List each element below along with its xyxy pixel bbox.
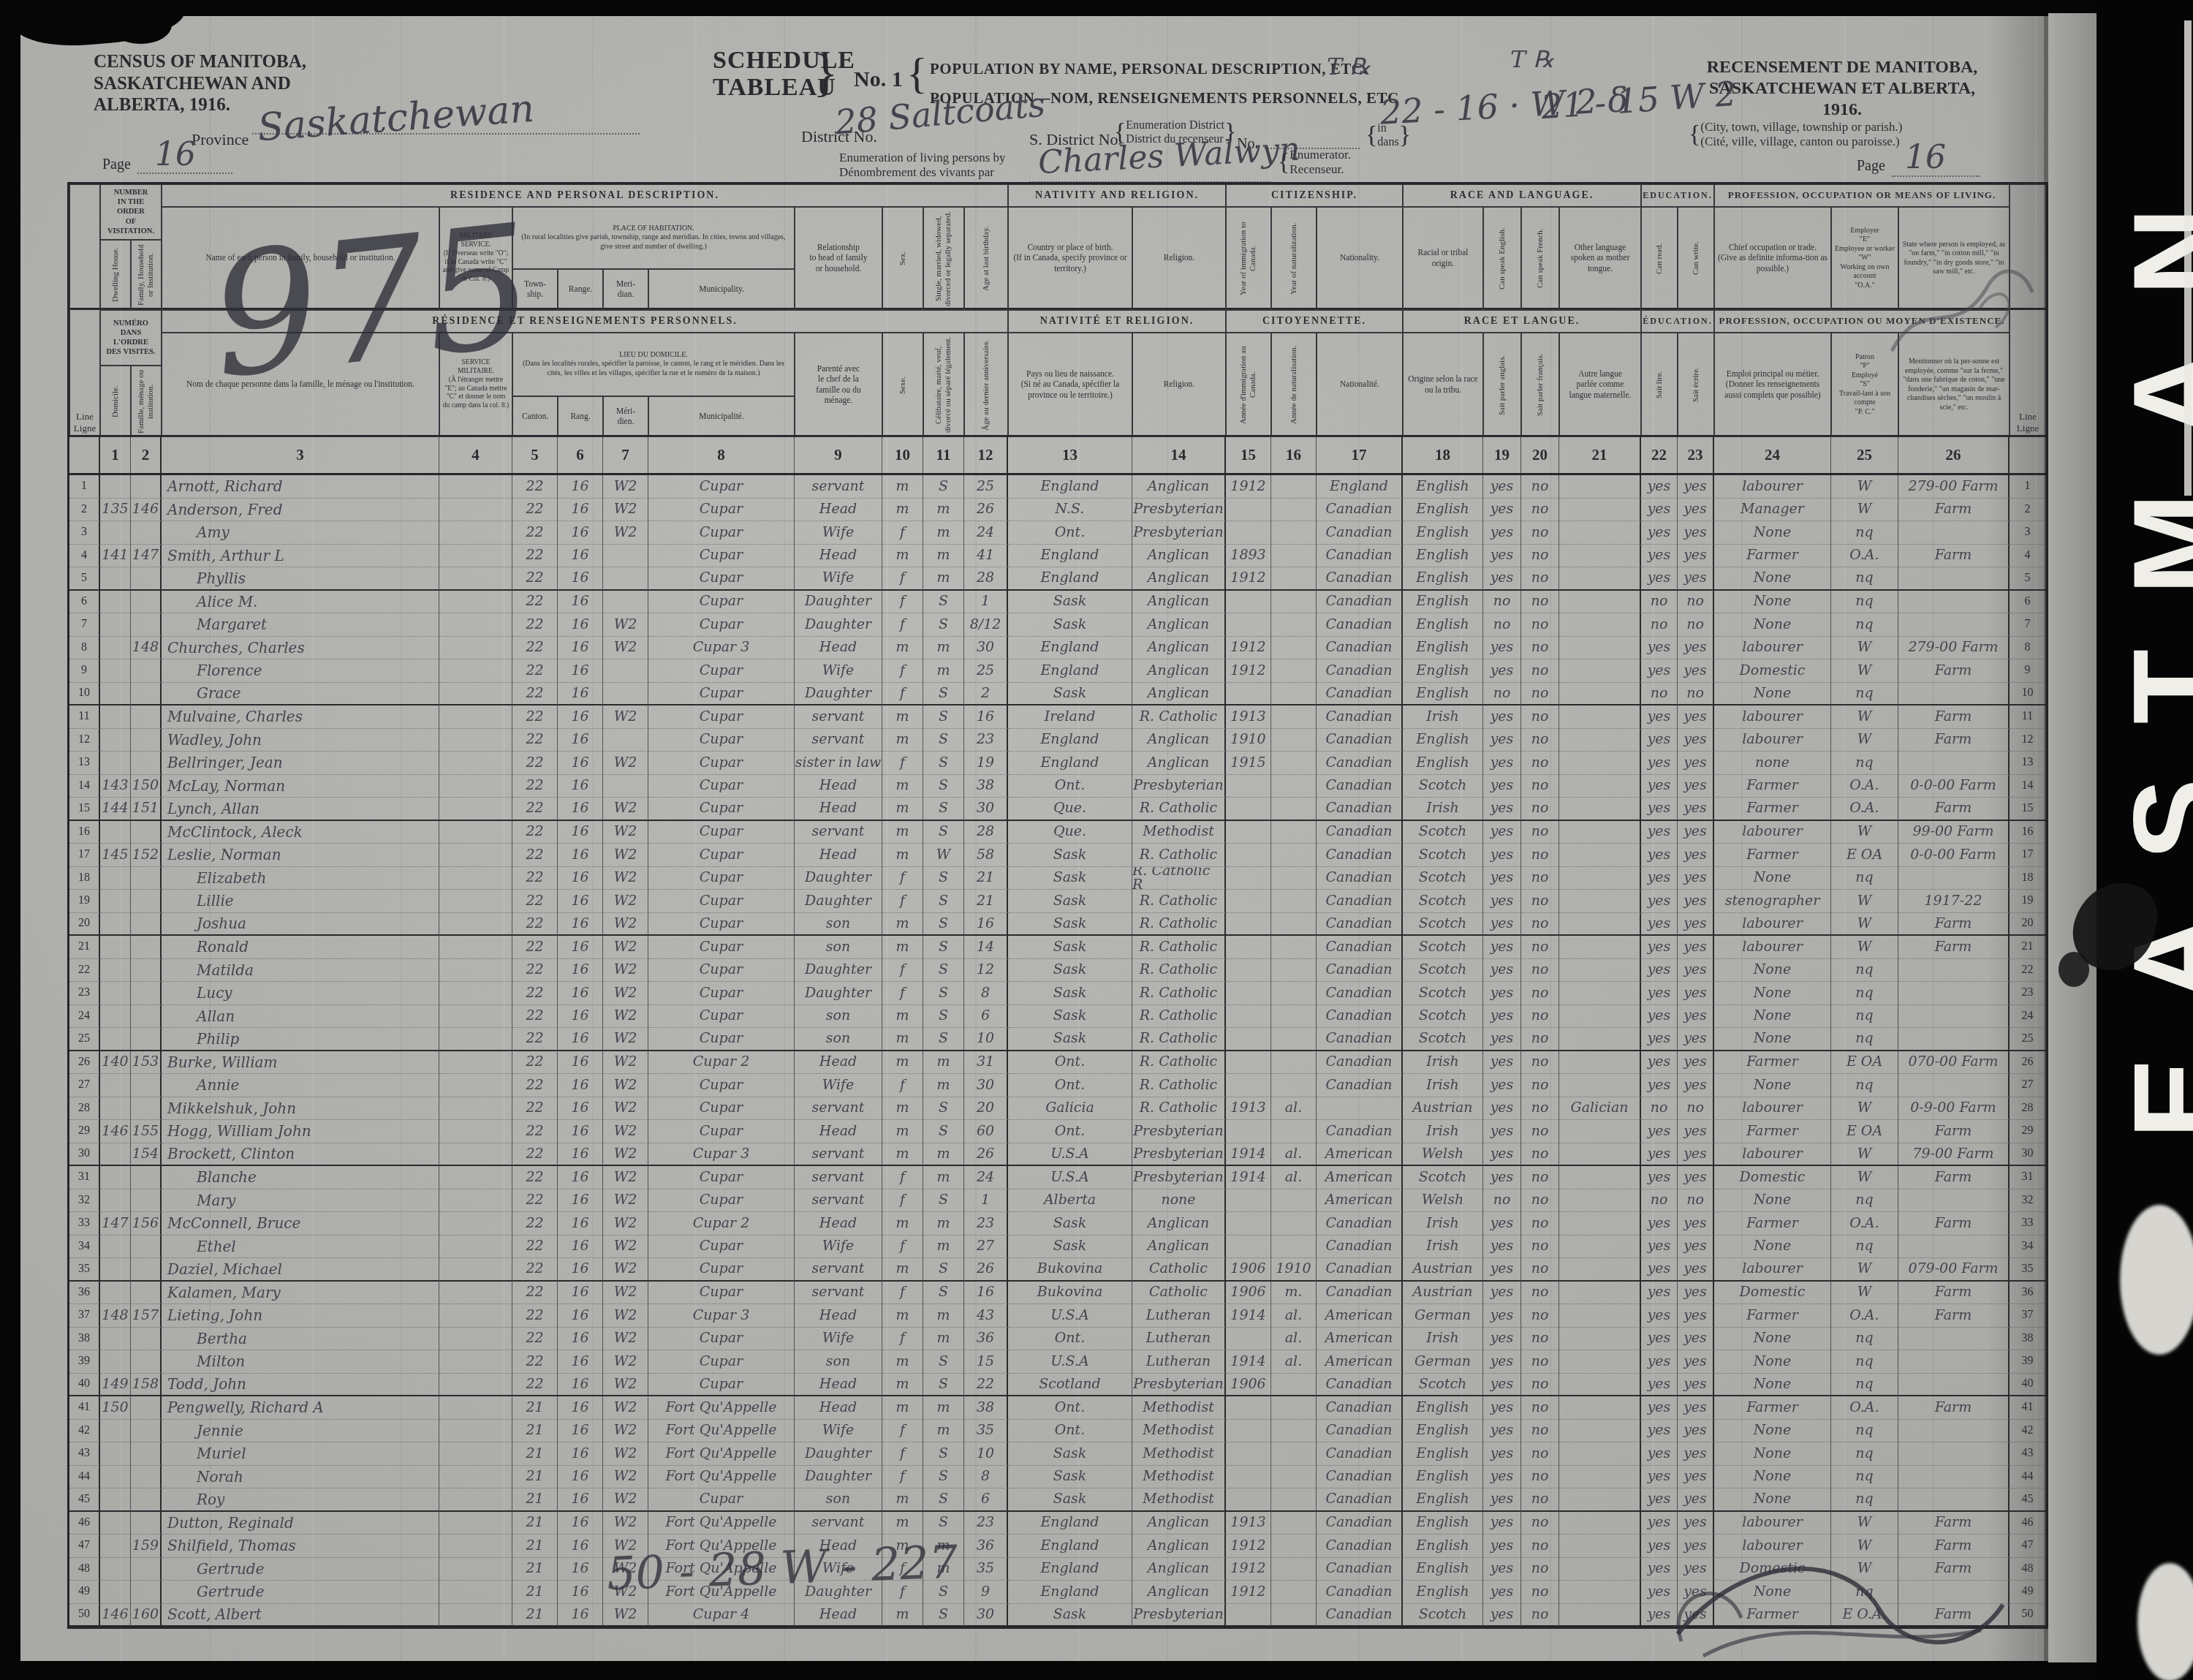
- census-cell: yes: [1483, 1051, 1521, 1075]
- census-cell: R. Catholic: [1132, 705, 1226, 729]
- census-cell: W2: [603, 475, 648, 499]
- census-cell: [1271, 844, 1317, 867]
- census-cell: S: [923, 1512, 964, 1535]
- census-cell: son: [795, 913, 882, 937]
- census-cell: yes: [1678, 705, 1714, 729]
- census-cell: no: [1521, 1442, 1559, 1466]
- census-cell: English: [1403, 1558, 1483, 1581]
- census-cell: m: [923, 1166, 964, 1189]
- census-cell: Mikkelshuk, John: [162, 1097, 439, 1121]
- census-cell: Cupar: [648, 890, 795, 913]
- census-cell: yes: [1641, 1074, 1678, 1097]
- census-cell: Farmer: [1714, 1396, 1831, 1420]
- census-cell: 22: [512, 890, 558, 913]
- census-cell: 16: [558, 1581, 603, 1604]
- census-cell: m: [882, 1051, 923, 1075]
- census-cell: m: [882, 499, 923, 522]
- census-cell: W2: [603, 1074, 648, 1097]
- census-cell: 16: [558, 982, 603, 1005]
- line-number: 2: [69, 499, 100, 522]
- census-cell: [439, 798, 512, 821]
- census-cell: [1898, 591, 2010, 614]
- census-cell: 16: [558, 1442, 603, 1466]
- census-cell: 16: [558, 1282, 603, 1305]
- census-cell: no: [1678, 683, 1714, 706]
- census-cell: [439, 683, 512, 706]
- census-cell: Head: [795, 775, 882, 798]
- census-cell: 1912: [1226, 659, 1271, 683]
- census-cell: yes: [1641, 1282, 1678, 1305]
- census-cell: nq: [1831, 1374, 1898, 1397]
- census-cell: 22: [512, 1189, 558, 1213]
- census-cell: [1559, 659, 1641, 683]
- census-cell: W2: [603, 1282, 648, 1305]
- census-cell: 143: [100, 775, 131, 798]
- census-cell: [439, 1604, 512, 1627]
- census-cell: S: [923, 821, 964, 844]
- census-cell: Cupar: [648, 705, 795, 729]
- census-cell: Ont.: [1008, 775, 1132, 798]
- census-cell: no: [1521, 1512, 1559, 1535]
- census-cell: no: [1641, 1189, 1678, 1213]
- census-cell: [131, 1442, 162, 1466]
- census-cell: Cupar: [648, 545, 795, 568]
- census-cell: yes: [1678, 982, 1714, 1005]
- census-cell: 16: [558, 1051, 603, 1075]
- census-cell: no: [1678, 613, 1714, 637]
- census-cell: None: [1714, 567, 1831, 591]
- column-number: 25: [1831, 436, 1898, 473]
- census-cell: Cupar: [648, 1258, 795, 1282]
- census-cell: English: [1403, 1466, 1483, 1489]
- census-cell: Head: [795, 1304, 882, 1328]
- census-cell: [131, 729, 162, 752]
- census-cell: m: [923, 1143, 964, 1167]
- census-cell: yes: [1678, 1420, 1714, 1443]
- census-cell: Wife: [795, 1236, 882, 1259]
- census-cell: 155: [131, 1120, 162, 1143]
- line-number: 36: [69, 1282, 100, 1305]
- census-cell: m: [923, 1051, 964, 1075]
- census-cell: [1271, 1488, 1317, 1512]
- census-cell: England: [1317, 475, 1403, 499]
- census-cell: English: [1403, 1535, 1483, 1558]
- census-cell: [1559, 1236, 1641, 1259]
- census-cell: m: [882, 1488, 923, 1512]
- census-cell: Alice M.: [162, 591, 439, 614]
- census-cell: [1226, 1396, 1271, 1420]
- census-cell: Cupar: [648, 1097, 795, 1121]
- census-cell: no: [1483, 591, 1521, 614]
- census-cell: [131, 1512, 162, 1535]
- census-cell: [100, 1258, 131, 1282]
- census-cell: Presbyterian: [1132, 1374, 1226, 1397]
- census-cell: Cupar: [648, 1374, 795, 1397]
- column-number: 26: [1898, 436, 2010, 473]
- census-cell: no: [1521, 867, 1559, 890]
- census-cell: 21: [512, 1466, 558, 1489]
- census-cell: [1271, 1466, 1317, 1489]
- line-number: 15: [69, 798, 100, 821]
- census-cell: W2: [603, 1028, 648, 1051]
- census-cell: Methodist: [1132, 1442, 1226, 1466]
- census-cell: 30: [964, 1604, 1008, 1627]
- census-cell: 21: [512, 1558, 558, 1581]
- line-number: 13: [2010, 752, 2046, 775]
- film-light-strip: [2184, 20, 2192, 496]
- census-cell: [100, 1558, 131, 1581]
- population-line-en: POPULATION BY NAME, PERSONAL DESCRIPTION…: [930, 60, 1367, 78]
- col-sex-fr: Sexe.: [882, 333, 923, 437]
- film-light-blob-2: [2137, 1563, 2193, 1680]
- col-line-left: Line Ligne: [69, 184, 100, 437]
- census-scan-page: CENSUS OF MANITOBA, SASKATCHEWAN AND ALB…: [0, 0, 2193, 1680]
- census-cell: no: [1521, 1236, 1559, 1259]
- census-cell: no: [1521, 499, 1559, 522]
- line-number: 22: [69, 959, 100, 983]
- census-cell: Cupar: [648, 1028, 795, 1051]
- census-cell: no: [1641, 613, 1678, 637]
- census-cell: [1559, 613, 1641, 637]
- census-cell: S: [923, 752, 964, 775]
- census-cell: Austrian: [1403, 1258, 1483, 1282]
- census-cell: W: [1831, 659, 1898, 683]
- census-cell: f: [882, 1236, 923, 1259]
- census-cell: Bukovina: [1008, 1258, 1132, 1282]
- line-number: 44: [69, 1466, 100, 1489]
- census-cell: [1271, 890, 1317, 913]
- census-cell: yes: [1483, 1028, 1521, 1051]
- schedule-no: No. 1: [854, 67, 903, 92]
- census-cell: 16: [558, 1604, 603, 1627]
- census-cell: [439, 821, 512, 844]
- census-cell: f: [882, 1420, 923, 1443]
- census-cell: [100, 1488, 131, 1512]
- census-cell: yes: [1483, 1535, 1521, 1558]
- census-cell: nq: [1831, 567, 1898, 591]
- census-cell: no: [1521, 1005, 1559, 1029]
- census-cell: 1893: [1226, 545, 1271, 568]
- census-cell: [1559, 798, 1641, 821]
- census-cell: [603, 591, 648, 614]
- census-cell: yes: [1483, 705, 1521, 729]
- census-cell: Head: [795, 1120, 882, 1143]
- census-cell: m: [882, 1028, 923, 1051]
- census-cell: Todd, John: [162, 1374, 439, 1397]
- col-dwelling-en: Dwelling House.: [100, 240, 131, 310]
- line-number: 35: [69, 1258, 100, 1282]
- census-cell: [131, 959, 162, 983]
- census-cell: W2: [603, 1236, 648, 1259]
- census-cell: 16: [558, 729, 603, 752]
- line-number: 19: [69, 890, 100, 913]
- census-cell: m: [882, 1512, 923, 1535]
- census-cell: [131, 1028, 162, 1051]
- census-cell: Ireland: [1008, 705, 1132, 729]
- census-cell: Catholic: [1132, 1258, 1226, 1282]
- census-cell: 30: [964, 1074, 1008, 1097]
- census-cell: W2: [603, 1143, 648, 1167]
- col-family-fr: Famille, ménage ou institution.: [131, 366, 162, 437]
- census-cell: 22: [512, 613, 558, 637]
- census-cell: [1226, 982, 1271, 1005]
- census-cell: 16: [964, 1282, 1008, 1305]
- census-cell: Lieting, John: [162, 1304, 439, 1328]
- census-cell: [603, 545, 648, 568]
- census-cell: [1271, 591, 1317, 614]
- census-cell: 1913: [1226, 1512, 1271, 1535]
- census-cell: Head: [795, 637, 882, 660]
- census-cell: Austrian: [1403, 1097, 1483, 1121]
- column-number: 21: [1559, 436, 1641, 473]
- column-number: 7: [603, 436, 648, 473]
- census-cell: no: [1521, 521, 1559, 545]
- census-cell: W2: [603, 1212, 648, 1236]
- page-number-right: 16: [1905, 139, 1946, 176]
- census-cell: [1559, 567, 1641, 591]
- census-cell: Cupar: [648, 798, 795, 821]
- census-cell: [1271, 798, 1317, 821]
- census-cell: [439, 867, 512, 890]
- census-cell: 146: [131, 499, 162, 522]
- census-cell: [1226, 798, 1271, 821]
- census-cell: 16: [558, 1535, 603, 1558]
- census-cell: no: [1678, 1097, 1714, 1121]
- census-cell: 26: [964, 1258, 1008, 1282]
- census-cell: 24: [964, 1166, 1008, 1189]
- census-cell: 10: [964, 1028, 1008, 1051]
- census-cell: no: [1483, 1189, 1521, 1213]
- column-number: 13: [1008, 436, 1132, 473]
- census-cell: S: [923, 591, 964, 614]
- census-cell: f: [882, 959, 923, 983]
- census-cell: [1898, 982, 2010, 1005]
- line-number: 3: [2010, 521, 2046, 545]
- col-other-language-en: Other language spoken as mother tongue.: [1559, 207, 1641, 310]
- census-cell: Daughter: [795, 890, 882, 913]
- census-cell: 145: [100, 844, 131, 867]
- census-cell: 1917-22: [1898, 890, 2010, 913]
- census-cell: servant: [795, 1166, 882, 1189]
- census-cell: yes: [1641, 867, 1678, 890]
- census-cell: yes: [1678, 567, 1714, 591]
- census-cell: Irish: [1403, 1051, 1483, 1075]
- line-number: 48: [69, 1558, 100, 1581]
- ink-blot-top-left-2: [110, 6, 172, 44]
- census-cell: W: [1831, 1097, 1898, 1121]
- line-number: 18: [69, 867, 100, 890]
- census-cell: [1226, 1236, 1271, 1259]
- census-cell: nq: [1831, 1074, 1898, 1097]
- census-cell: nq: [1831, 752, 1898, 775]
- census-cell: m: [882, 1143, 923, 1167]
- census-cell: 15: [964, 1350, 1008, 1374]
- census-cell: yes: [1678, 1166, 1714, 1189]
- column-number: 24: [1714, 436, 1831, 473]
- census-cell: England: [1008, 545, 1132, 568]
- census-cell: [1559, 475, 1641, 499]
- census-cell: m: [882, 775, 923, 798]
- census-cell: 22: [512, 729, 558, 752]
- census-cell: no: [1521, 1074, 1559, 1097]
- census-cell: [1226, 775, 1271, 798]
- census-cell: 20: [964, 1097, 1008, 1121]
- census-cell: m: [882, 913, 923, 937]
- census-cell: Farm: [1898, 913, 2010, 937]
- census-cell: Blanche: [162, 1166, 439, 1189]
- census-cell: 22: [512, 1304, 558, 1328]
- census-cell: W2: [603, 959, 648, 983]
- census-cell: yes: [1483, 1005, 1521, 1029]
- census-cell: Fort Qu'Appelle: [648, 1420, 795, 1443]
- census-cell: English: [1403, 499, 1483, 522]
- census-cell: W2: [603, 890, 648, 913]
- census-cell: Scotch: [1403, 1604, 1483, 1627]
- column-number: 16: [1271, 436, 1317, 473]
- census-cell: labourer: [1714, 475, 1831, 499]
- census-cell: yes: [1483, 913, 1521, 937]
- census-cell: [1559, 591, 1641, 614]
- census-cell: S: [923, 913, 964, 937]
- census-cell: yes: [1641, 1488, 1678, 1512]
- line-number: 39: [2010, 1350, 2046, 1374]
- census-cell: Scotch: [1403, 1166, 1483, 1189]
- census-cell: 36: [964, 1535, 1008, 1558]
- census-cell: al.: [1271, 1097, 1317, 1121]
- census-cell: no: [1521, 959, 1559, 983]
- census-cell: [439, 1212, 512, 1236]
- census-cell: 1912: [1226, 637, 1271, 660]
- line-number: 17: [69, 844, 100, 867]
- census-cell: [439, 1005, 512, 1029]
- census-cell: [1226, 821, 1271, 844]
- census-cell: Scotch: [1403, 775, 1483, 798]
- census-cell: 22: [512, 1374, 558, 1397]
- census-cell: m: [882, 705, 923, 729]
- census-cell: Daughter: [795, 1442, 882, 1466]
- census-cell: Sask: [1008, 1028, 1132, 1051]
- census-cell: no: [1641, 683, 1678, 706]
- census-cell: S: [923, 1282, 964, 1305]
- census-cell: yes: [1483, 545, 1521, 568]
- census-cell: [131, 936, 162, 959]
- census-cell: yes: [1641, 545, 1678, 568]
- census-cell: [1559, 821, 1641, 844]
- census-cell: Ethel: [162, 1236, 439, 1259]
- census-cell: [1898, 1328, 2010, 1351]
- census-cell: Leslie, Norman: [162, 844, 439, 867]
- census-cell: m: [882, 1304, 923, 1328]
- census-cell: 22: [512, 499, 558, 522]
- census-cell: W: [1831, 637, 1898, 660]
- census-cell: Mary: [162, 1189, 439, 1213]
- census-cell: S: [923, 1466, 964, 1489]
- census-cell: [439, 1328, 512, 1351]
- census-cell: 16: [558, 613, 603, 637]
- census-cell: [1559, 1604, 1641, 1627]
- census-cell: [100, 752, 131, 775]
- col-sex-en: Sex.: [882, 207, 923, 310]
- census-cell: 16: [558, 1143, 603, 1167]
- census-cell: W2: [603, 637, 648, 660]
- census-cell: 1912: [1226, 475, 1271, 499]
- census-cell: servant: [795, 1097, 882, 1121]
- census-cell: [131, 1558, 162, 1581]
- census-cell: U.S.A: [1008, 1143, 1132, 1167]
- census-cell: [1898, 567, 2010, 591]
- census-cell: McLay, Norman: [162, 775, 439, 798]
- census-cell: f: [882, 613, 923, 637]
- census-cell: Cupar: [648, 659, 795, 683]
- census-cell: Irish: [1403, 705, 1483, 729]
- census-cell: Cupar: [648, 729, 795, 752]
- line-number: 41: [2010, 1396, 2046, 1420]
- census-cell: yes: [1678, 844, 1714, 867]
- census-cell: [1271, 752, 1317, 775]
- census-cell: [1559, 1328, 1641, 1351]
- column-number: 2: [131, 436, 162, 473]
- census-cell: Head: [795, 1051, 882, 1075]
- page-number-left: 16: [155, 136, 196, 173]
- census-cell: Methodist: [1132, 1420, 1226, 1443]
- census-cell: no: [1521, 1374, 1559, 1397]
- census-cell: al.: [1271, 1328, 1317, 1351]
- census-cell: yes: [1678, 890, 1714, 913]
- census-cell: Canadian: [1317, 545, 1403, 568]
- census-cell: [1271, 1120, 1317, 1143]
- census-cell: Manager: [1714, 499, 1831, 522]
- census-cell: 16: [558, 1488, 603, 1512]
- census-cell: yes: [1483, 1282, 1521, 1305]
- census-cell: Cupar: [648, 775, 795, 798]
- census-cell: no: [1483, 613, 1521, 637]
- census-cell: 21: [512, 1442, 558, 1466]
- census-cell: Sask: [1008, 867, 1132, 890]
- census-cell: yes: [1678, 521, 1714, 545]
- brace-open: {: [1278, 148, 1289, 176]
- census-cell: O.A.: [1831, 545, 1898, 568]
- census-cell: [131, 913, 162, 937]
- census-cell: yes: [1483, 1350, 1521, 1374]
- census-cell: Irish: [1403, 1074, 1483, 1097]
- census-cell: Cupar 3: [648, 1304, 795, 1328]
- census-cell: 25: [964, 659, 1008, 683]
- census-cell: Daughter: [795, 982, 882, 1005]
- census-cell: labourer: [1714, 637, 1831, 660]
- census-cell: nq: [1831, 521, 1898, 545]
- census-cell: Scotch: [1403, 1374, 1483, 1397]
- census-cell: 25: [964, 475, 1008, 499]
- census-cell: labourer: [1714, 913, 1831, 937]
- census-cell: [1271, 1028, 1317, 1051]
- census-cell: Canadian: [1317, 913, 1403, 937]
- census-cell: Anglican: [1132, 545, 1226, 568]
- census-cell: 16: [558, 936, 603, 959]
- line-number: 36: [2010, 1282, 2046, 1305]
- census-cell: yes: [1641, 936, 1678, 959]
- census-cell: Wife: [795, 1074, 882, 1097]
- line-number: 1: [69, 475, 100, 499]
- census-cell: Scotch: [1403, 844, 1483, 867]
- census-cell: U.S.A: [1008, 1304, 1132, 1328]
- census-cell: 16: [558, 1166, 603, 1189]
- census-cell: 28: [964, 567, 1008, 591]
- census-cell: [131, 1097, 162, 1121]
- census-cell: 14: [964, 936, 1008, 959]
- census-cell: 0-0-00 Farm: [1898, 844, 2010, 867]
- census-cell: 22: [512, 637, 558, 660]
- census-cell: 9: [964, 1581, 1008, 1604]
